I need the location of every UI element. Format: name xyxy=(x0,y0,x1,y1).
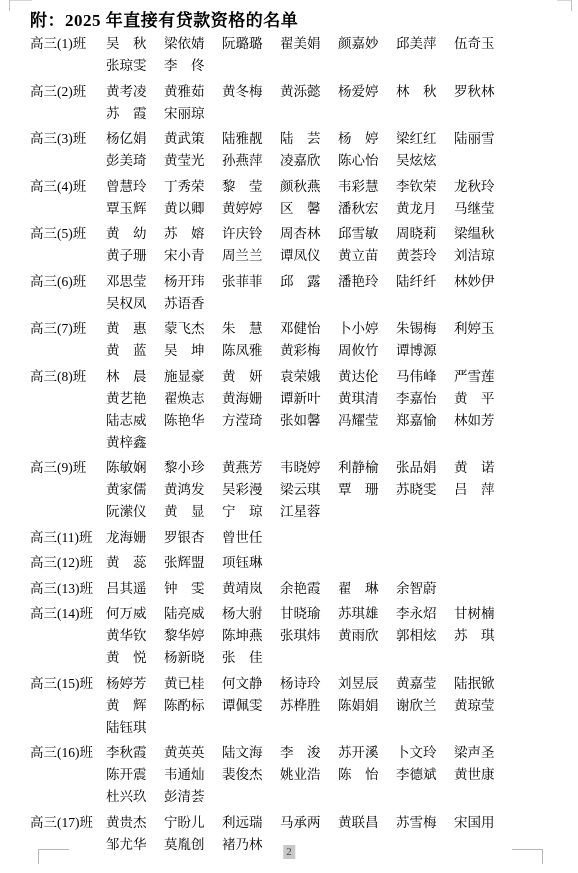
student-name: 韦彩慧 xyxy=(338,176,396,198)
student-name: 黎 莹 xyxy=(222,176,280,198)
student-name: 方滢琦 xyxy=(222,410,280,432)
student-name: 宁盼儿 xyxy=(164,812,222,834)
text-boundary-mark-top-right xyxy=(557,0,572,11)
student-name: 陈坤燕 xyxy=(222,625,280,647)
student-name: 黄家儒 xyxy=(106,479,164,501)
class-row: 高三(6)班邓思莹杨开玮张菲菲邱 露潘艳玲陆纤纤林妙伊吴权凤苏语香 xyxy=(30,271,550,315)
student-name: 杨婷芳 xyxy=(106,673,164,695)
student-name: 邹尤华 xyxy=(106,834,164,856)
student-name: 杨亿娟 xyxy=(106,128,164,150)
name-line: 苏 霞宋丽琼 xyxy=(106,103,550,125)
class-label: 高三(2)班 xyxy=(30,81,106,125)
student-name: 曾慧玲 xyxy=(106,176,164,198)
name-line: 彭美琦黄莹光孙燕萍凌嘉欣陈心怡吴炫炫 xyxy=(106,150,550,172)
student-name: 谭凤仪 xyxy=(280,245,338,267)
student-name: 黄彩梅 xyxy=(280,340,338,362)
student-name: 黄华钦 xyxy=(106,625,164,647)
name-line: 林 晨施显豪黄 妍袁荣娥黄达伦马伟峰严雪莲 xyxy=(106,366,550,388)
document-page: 附：2025 年直接有贷款资格的名单 高三(1)班吴 秋梁依婧阮璐璐翟美娟颜嘉妙… xyxy=(0,0,578,873)
name-line: 阮潆仪黄 显宁 琼江星蓉 xyxy=(106,501,550,523)
student-name: 黄海姗 xyxy=(222,388,280,410)
student-name: 刘昱辰 xyxy=(338,673,396,695)
name-line: 邹尤华莫胤创褚乃林 xyxy=(106,834,550,856)
student-name: 黄 惠 xyxy=(106,318,164,340)
student-name: 黄以卿 xyxy=(164,198,222,220)
name-line: 陆志威陈艳华方滢琦张如馨冯耀莹郑嘉愉林如芳 xyxy=(106,410,550,432)
student-name: 苏 琪 xyxy=(454,625,512,647)
student-name: 黄燕芳 xyxy=(222,457,280,479)
student-name: 张 佳 xyxy=(222,647,280,669)
student-name: 杜兴玖 xyxy=(106,786,164,808)
student-name: 黎小珍 xyxy=(164,457,222,479)
student-name: 何万威 xyxy=(106,603,164,625)
student-name: 黄嘉莹 xyxy=(396,673,454,695)
class-name-lines: 黄 幼苏 嫆许庆铃周杏林邱雪敏周晓莉梁缊秋黄子珊宋小青周兰兰谭凤仪黄立苗黄荟玲刘… xyxy=(106,223,550,267)
class-label: 高三(15)班 xyxy=(30,673,106,739)
class-name-lines: 邓思莹杨开玮张菲菲邱 露潘艳玲陆纤纤林妙伊吴权凤苏语香 xyxy=(106,271,550,315)
student-name: 江星蓉 xyxy=(280,501,338,523)
student-name: 谭博源 xyxy=(396,340,454,362)
class-row: 高三(8)班林 晨施显豪黄 妍袁荣娥黄达伦马伟峰严雪莲黄艺艳翟焕志黄海姗谭新叶黄… xyxy=(30,366,550,454)
student-name: 黄达伦 xyxy=(338,366,396,388)
student-name: 黄泺懿 xyxy=(280,81,338,103)
student-name: 曾世任 xyxy=(222,527,280,549)
student-name: 林妙伊 xyxy=(454,271,512,293)
class-label: 高三(1)班 xyxy=(30,33,106,77)
name-line: 陆钰琪 xyxy=(106,717,550,739)
class-name-lines: 何万威陆亮威杨大驸甘晓瑜苏琪雄李永炤甘树楠黄华钦黎华婷陈坤燕张琪炜黄雨欣郭相炫苏… xyxy=(106,603,550,669)
class-label: 高三(3)班 xyxy=(30,128,106,172)
student-name: 苏雪梅 xyxy=(396,812,454,834)
student-name: 周攸竹 xyxy=(338,340,396,362)
student-name: 利婷玉 xyxy=(454,318,512,340)
class-row: 高三(15)班杨婷芳黄已桂何文静杨诗玲刘昱辰黄嘉莹陆抿锨黄 辉陈酌标谭佩雯苏桦胜… xyxy=(30,673,550,739)
student-name: 陈艳华 xyxy=(164,410,222,432)
name-line: 黄华钦黎华婷陈坤燕张琪炜黄雨欣郭相炫苏 琪 xyxy=(106,625,550,647)
student-name: 何文静 xyxy=(222,673,280,695)
name-line: 黄子珊宋小青周兰兰谭凤仪黄立苗黄荟玲刘洁琼 xyxy=(106,245,550,267)
student-name: 翟美娟 xyxy=(280,33,338,55)
student-name: 黄 蓝 xyxy=(106,340,164,362)
student-name: 阮璐璐 xyxy=(222,33,280,55)
class-name-lines: 龙海姗罗银杏曾世任 xyxy=(106,527,550,549)
student-name: 区 馨 xyxy=(280,198,338,220)
student-name: 黄莹光 xyxy=(164,150,222,172)
name-line: 杜兴玖彭清荟 xyxy=(106,786,550,808)
student-name: 朱 慧 xyxy=(222,318,280,340)
student-name: 宁 琼 xyxy=(222,501,280,523)
student-name: 翟 琳 xyxy=(338,578,396,600)
class-row: 高三(12)班黄 蕊张辉盟项钰琳 xyxy=(30,552,550,574)
student-name: 黄 平 xyxy=(454,388,512,410)
name-line: 邓思莹杨开玮张菲菲邱 露潘艳玲陆纤纤林妙伊 xyxy=(106,271,550,293)
student-name: 龙海姗 xyxy=(106,527,164,549)
class-name-lines: 陈敏娴黎小珍黄燕芳韦晓婷利静榆张品娟黄 诺黄家儒黄鸿发吴彩漫梁云琪覃 珊苏晓雯吕… xyxy=(106,457,550,523)
student-name: 许庆铃 xyxy=(222,223,280,245)
student-name: 龙秋玲 xyxy=(454,176,512,198)
name-line: 黄 悦杨新晓张 佳 xyxy=(106,647,550,669)
student-name: 苏语香 xyxy=(164,293,222,315)
student-name: 苏桦胜 xyxy=(280,695,338,717)
student-name: 罗秋林 xyxy=(454,81,512,103)
student-name: 黄联昌 xyxy=(338,812,396,834)
student-name: 苏 嫆 xyxy=(164,223,222,245)
student-name: 马继莹 xyxy=(454,198,512,220)
student-name: 苏晓雯 xyxy=(396,479,454,501)
student-name: 陆纤纤 xyxy=(396,271,454,293)
class-row: 高三(13)班吕其遥钟 雯黄靖岚余艳霞翟 琳余智蔚 xyxy=(30,578,550,600)
student-name: 黄 悦 xyxy=(106,647,164,669)
student-name: 张品娟 xyxy=(396,457,454,479)
name-line: 李秋霞黄英英陆文海李 浚苏开溪卜文玲梁声圣 xyxy=(106,742,550,764)
student-name: 裴俊杰 xyxy=(222,764,280,786)
name-line: 龙海姗罗银杏曾世任 xyxy=(106,527,550,549)
page-number: 2 xyxy=(283,845,295,859)
student-name: 彭美琦 xyxy=(106,150,164,172)
student-name: 吴权凤 xyxy=(106,293,164,315)
student-name: 吴彩漫 xyxy=(222,479,280,501)
student-name: 黄鸿发 xyxy=(164,479,222,501)
student-name: 吕 萍 xyxy=(454,479,512,501)
class-label: 高三(8)班 xyxy=(30,366,106,454)
name-line: 陈开震韦通灿裴俊杰姚业浩陈 怡李德斌黄世康 xyxy=(106,764,550,786)
student-name: 彭清荟 xyxy=(164,786,222,808)
student-name: 梁依婧 xyxy=(164,33,222,55)
student-name: 黄 幼 xyxy=(106,223,164,245)
student-name: 谭新叶 xyxy=(280,388,338,410)
student-name: 颜嘉妙 xyxy=(338,33,396,55)
student-name: 颜秋燕 xyxy=(280,176,338,198)
text-boundary-mark-top-left xyxy=(9,0,32,11)
student-name: 杨新晓 xyxy=(164,647,222,669)
student-name: 李德斌 xyxy=(396,764,454,786)
student-name: 黄 显 xyxy=(164,501,222,523)
student-name: 郑嘉愉 xyxy=(396,410,454,432)
student-name: 李 佟 xyxy=(164,55,222,77)
student-name: 罗银杏 xyxy=(164,527,222,549)
student-name: 邱雪敏 xyxy=(338,223,396,245)
name-line: 吴 秋梁依婧阮璐璐翟美娟颜嘉妙邱美萍伍奇玉 xyxy=(106,33,550,55)
student-name: 利远瑞 xyxy=(222,812,280,834)
student-name: 黄 辉 xyxy=(106,695,164,717)
class-name-lines: 林 晨施显豪黄 妍袁荣娥黄达伦马伟峰严雪莲黄艺艳翟焕志黄海姗谭新叶黄琪清李嘉怡黄… xyxy=(106,366,550,454)
student-name: 吴 秋 xyxy=(106,33,164,55)
student-name: 黎华婷 xyxy=(164,625,222,647)
name-line: 黄 蓝吴 坤陈凤雅黄彩梅周攸竹谭博源 xyxy=(106,340,550,362)
student-name: 黄荟玲 xyxy=(396,245,454,267)
class-row: 高三(16)班李秋霞黄英英陆文海李 浚苏开溪卜文玲梁声圣陈开震韦通灿裴俊杰姚业浩… xyxy=(30,742,550,808)
student-name: 卜小婷 xyxy=(338,318,396,340)
class-row: 高三(14)班何万威陆亮威杨大驸甘晓瑜苏琪雄李永炤甘树楠黄华钦黎华婷陈坤燕张琪炜… xyxy=(30,603,550,669)
student-name: 李钦荣 xyxy=(396,176,454,198)
student-name: 黄 诺 xyxy=(454,457,512,479)
student-name: 杨诗玲 xyxy=(280,673,338,695)
class-name-lines: 杨亿娟黄武策陆雅靓陆 芸杨 婷梁红红陆丽雪彭美琦黄莹光孙燕萍凌嘉欣陈心怡吴炫炫 xyxy=(106,128,550,172)
student-name: 邓健怡 xyxy=(280,318,338,340)
student-name: 黄婷婷 xyxy=(222,198,280,220)
class-row: 高三(4)班曾慧玲丁秀荣黎 莹颜秋燕韦彩慧李钦荣龙秋玲覃玉辉黄以卿黄婷婷区 馨潘… xyxy=(30,176,550,220)
name-line: 杨婷芳黄已桂何文静杨诗玲刘昱辰黄嘉莹陆抿锨 xyxy=(106,673,550,695)
student-name: 张如馨 xyxy=(280,410,338,432)
student-name: 梁声圣 xyxy=(454,742,512,764)
student-name: 马承两 xyxy=(280,812,338,834)
student-name: 周兰兰 xyxy=(222,245,280,267)
student-name: 陆文海 xyxy=(222,742,280,764)
student-name: 李永炤 xyxy=(396,603,454,625)
class-row: 高三(5)班黄 幼苏 嫆许庆铃周杏林邱雪敏周晓莉梁缊秋黄子珊宋小青周兰兰谭凤仪黄… xyxy=(30,223,550,267)
student-name: 张琼雯 xyxy=(106,55,164,77)
student-name: 凌嘉欣 xyxy=(280,150,338,172)
student-name: 蒙飞杰 xyxy=(164,318,222,340)
student-name: 甘晓瑜 xyxy=(280,603,338,625)
student-name: 陈心怡 xyxy=(338,150,396,172)
name-line: 黄 惠蒙飞杰朱 慧邓健怡卜小婷朱锡梅利婷玉 xyxy=(106,318,550,340)
student-name: 吴炫炫 xyxy=(396,150,454,172)
class-label: 高三(7)班 xyxy=(30,318,106,362)
student-name: 杨爱婷 xyxy=(338,81,396,103)
student-name: 陈敏娴 xyxy=(106,457,164,479)
student-name: 郭相炫 xyxy=(396,625,454,647)
student-name: 余智蔚 xyxy=(396,578,454,600)
student-name: 黄琼莹 xyxy=(454,695,512,717)
student-name: 覃玉辉 xyxy=(106,198,164,220)
student-name: 邱美萍 xyxy=(396,33,454,55)
student-name: 陆丽雪 xyxy=(454,128,512,150)
class-row: 高三(3)班杨亿娟黄武策陆雅靓陆 芸杨 婷梁红红陆丽雪彭美琦黄莹光孙燕萍凌嘉欣陈… xyxy=(30,128,550,172)
name-line: 黄梓鑫 xyxy=(106,432,550,454)
class-row: 高三(1)班吴 秋梁依婧阮璐璐翟美娟颜嘉妙邱美萍伍奇玉张琼雯李 佟 xyxy=(30,33,550,77)
name-line: 曾慧玲丁秀荣黎 莹颜秋燕韦彩慧李钦荣龙秋玲 xyxy=(106,176,550,198)
student-name: 韦晓婷 xyxy=(280,457,338,479)
student-name: 卜文玲 xyxy=(396,742,454,764)
class-label: 高三(13)班 xyxy=(30,578,106,600)
name-line: 陈敏娴黎小珍黄燕芳韦晓婷利静榆张品娟黄 诺 xyxy=(106,457,550,479)
class-name-lines: 杨婷芳黄已桂何文静杨诗玲刘昱辰黄嘉莹陆抿锨黄 辉陈酌标谭佩雯苏桦胜陈娟娟谢欣兰黄… xyxy=(106,673,550,739)
student-name: 黄琪清 xyxy=(338,388,396,410)
name-line: 吴权凤苏语香 xyxy=(106,293,550,315)
student-name: 邱 露 xyxy=(280,271,338,293)
student-name: 林如芳 xyxy=(454,410,512,432)
student-name: 甘树楠 xyxy=(454,603,512,625)
student-name: 孙燕萍 xyxy=(222,150,280,172)
student-name: 潘秋宏 xyxy=(338,198,396,220)
name-line: 覃玉辉黄以卿黄婷婷区 馨潘秋宏黄龙月马继莹 xyxy=(106,198,550,220)
student-name: 严雪莲 xyxy=(454,366,512,388)
class-label: 高三(16)班 xyxy=(30,742,106,808)
name-line: 张琼雯李 佟 xyxy=(106,55,550,77)
student-name: 苏琪雄 xyxy=(338,603,396,625)
name-line: 吕其遥钟 雯黄靖岚余艳霞翟 琳余智蔚 xyxy=(106,578,550,600)
student-name: 黄已桂 xyxy=(164,673,222,695)
student-name: 翟焕志 xyxy=(164,388,222,410)
name-line: 杨亿娟黄武策陆雅靓陆 芸杨 婷梁红红陆丽雪 xyxy=(106,128,550,150)
student-name: 利静榆 xyxy=(338,457,396,479)
student-name: 黄英英 xyxy=(164,742,222,764)
student-name: 陆 芸 xyxy=(280,128,338,150)
student-name: 黄靖岚 xyxy=(222,578,280,600)
student-name: 马伟峰 xyxy=(396,366,454,388)
name-line: 黄家儒黄鸿发吴彩漫梁云琪覃 珊苏晓雯吕 萍 xyxy=(106,479,550,501)
student-name: 黄考凌 xyxy=(106,81,164,103)
name-line: 黄 幼苏 嫆许庆铃周杏林邱雪敏周晓莉梁缊秋 xyxy=(106,223,550,245)
student-name: 莫胤创 xyxy=(164,834,222,856)
student-name: 姚业浩 xyxy=(280,764,338,786)
student-name: 袁荣娥 xyxy=(280,366,338,388)
student-name: 冯耀莹 xyxy=(338,410,396,432)
student-name: 苏开溪 xyxy=(338,742,396,764)
student-name: 黄艺艳 xyxy=(106,388,164,410)
class-label: 高三(4)班 xyxy=(30,176,106,220)
student-name: 黄 蕊 xyxy=(106,552,164,574)
student-name: 潘艳玲 xyxy=(338,271,396,293)
student-name: 陆志威 xyxy=(106,410,164,432)
student-name: 梁红红 xyxy=(396,128,454,150)
student-name: 黄冬梅 xyxy=(222,81,280,103)
student-name: 宋小青 xyxy=(164,245,222,267)
student-name: 黄 妍 xyxy=(222,366,280,388)
class-name-lines: 黄贵杰宁盼儿利远瑞马承两黄联昌苏雪梅宋国用邹尤华莫胤创褚乃林 xyxy=(106,812,550,856)
student-name: 邓思莹 xyxy=(106,271,164,293)
roster: 高三(1)班吴 秋梁依婧阮璐璐翟美娟颜嘉妙邱美萍伍奇玉张琼雯李 佟高三(2)班黄… xyxy=(30,33,550,859)
student-name: 杨大驸 xyxy=(222,603,280,625)
student-name: 项钰琳 xyxy=(222,552,280,574)
class-row: 高三(11)班龙海姗罗银杏曾世任 xyxy=(30,527,550,549)
student-name: 黄贵杰 xyxy=(106,812,164,834)
student-name: 陆亮威 xyxy=(164,603,222,625)
class-row: 高三(9)班陈敏娴黎小珍黄燕芳韦晓婷利静榆张品娟黄 诺黄家儒黄鸿发吴彩漫梁云琪覃… xyxy=(30,457,550,523)
student-name: 李 浚 xyxy=(280,742,338,764)
student-name: 周杏林 xyxy=(280,223,338,245)
name-line: 黄 蕊张辉盟项钰琳 xyxy=(106,552,550,574)
class-name-lines: 黄 惠蒙飞杰朱 慧邓健怡卜小婷朱锡梅利婷玉黄 蓝吴 坤陈凤雅黄彩梅周攸竹谭博源 xyxy=(106,318,550,362)
student-name: 陈娟娟 xyxy=(338,695,396,717)
student-name: 阮潆仪 xyxy=(106,501,164,523)
class-label: 高三(17)班 xyxy=(30,812,106,856)
student-name: 林 晨 xyxy=(106,366,164,388)
student-name: 吴 坤 xyxy=(164,340,222,362)
name-line: 黄贵杰宁盼儿利远瑞马承两黄联昌苏雪梅宋国用 xyxy=(106,812,550,834)
student-name: 黄龙月 xyxy=(396,198,454,220)
name-line: 黄 辉陈酌标谭佩雯苏桦胜陈娟娟谢欣兰黄琼莹 xyxy=(106,695,550,717)
student-name: 黄子珊 xyxy=(106,245,164,267)
student-name: 陆雅靓 xyxy=(222,128,280,150)
class-label: 高三(9)班 xyxy=(30,457,106,523)
student-name: 陆抿锨 xyxy=(454,673,512,695)
student-name: 黄雨欣 xyxy=(338,625,396,647)
student-name: 张琪炜 xyxy=(280,625,338,647)
student-name: 宋国用 xyxy=(454,812,512,834)
student-name: 苏 霞 xyxy=(106,103,164,125)
student-name: 陈酌标 xyxy=(164,695,222,717)
class-name-lines: 曾慧玲丁秀荣黎 莹颜秋燕韦彩慧李钦荣龙秋玲覃玉辉黄以卿黄婷婷区 馨潘秋宏黄龙月马… xyxy=(106,176,550,220)
student-name: 褚乃林 xyxy=(222,834,280,856)
student-name: 梁云琪 xyxy=(280,479,338,501)
student-name: 余艳霞 xyxy=(280,578,338,600)
student-name: 陆钰琪 xyxy=(106,717,164,739)
student-name: 陈凤雅 xyxy=(222,340,280,362)
student-name: 李秋霞 xyxy=(106,742,164,764)
student-name: 朱锡梅 xyxy=(396,318,454,340)
class-name-lines: 李秋霞黄英英陆文海李 浚苏开溪卜文玲梁声圣陈开震韦通灿裴俊杰姚业浩陈 怡李德斌黄… xyxy=(106,742,550,808)
class-name-lines: 黄 蕊张辉盟项钰琳 xyxy=(106,552,550,574)
student-name: 伍奇玉 xyxy=(454,33,512,55)
class-name-lines: 吴 秋梁依婧阮璐璐翟美娟颜嘉妙邱美萍伍奇玉张琼雯李 佟 xyxy=(106,33,550,77)
student-name: 周晓莉 xyxy=(396,223,454,245)
student-name: 黄世康 xyxy=(454,764,512,786)
student-name: 杨 婷 xyxy=(338,128,396,150)
name-line: 黄艺艳翟焕志黄海姗谭新叶黄琪清李嘉怡黄 平 xyxy=(106,388,550,410)
student-name: 丁秀荣 xyxy=(164,176,222,198)
class-name-lines: 吕其遥钟 雯黄靖岚余艳霞翟 琳余智蔚 xyxy=(106,578,550,600)
student-name: 黄梓鑫 xyxy=(106,432,164,454)
student-name: 张辉盟 xyxy=(164,552,222,574)
student-name: 覃 珊 xyxy=(338,479,396,501)
class-label: 高三(5)班 xyxy=(30,223,106,267)
student-name: 黄立苗 xyxy=(338,245,396,267)
class-label: 高三(14)班 xyxy=(30,603,106,669)
class-row: 高三(2)班黄考凌黄雅茹黄冬梅黄泺懿杨爱婷林 秋罗秋林苏 霞宋丽琼 xyxy=(30,81,550,125)
name-line: 黄考凌黄雅茹黄冬梅黄泺懿杨爱婷林 秋罗秋林 xyxy=(106,81,550,103)
class-label: 高三(6)班 xyxy=(30,271,106,315)
student-name: 黄武策 xyxy=(164,128,222,150)
student-name: 陈开震 xyxy=(106,764,164,786)
student-name: 谭佩雯 xyxy=(222,695,280,717)
student-name: 张菲菲 xyxy=(222,271,280,293)
student-name: 杨开玮 xyxy=(164,271,222,293)
student-name: 黄雅茹 xyxy=(164,81,222,103)
class-label: 高三(11)班 xyxy=(30,527,106,549)
class-label: 高三(12)班 xyxy=(30,552,106,574)
page-title: 附：2025 年直接有贷款资格的名单 xyxy=(30,6,298,31)
student-name: 陈 怡 xyxy=(338,764,396,786)
student-name: 谢欣兰 xyxy=(396,695,454,717)
student-name: 刘洁琼 xyxy=(454,245,512,267)
class-row: 高三(7)班黄 惠蒙飞杰朱 慧邓健怡卜小婷朱锡梅利婷玉黄 蓝吴 坤陈凤雅黄彩梅周… xyxy=(30,318,550,362)
student-name: 钟 雯 xyxy=(164,578,222,600)
student-name: 吕其遥 xyxy=(106,578,164,600)
class-name-lines: 黄考凌黄雅茹黄冬梅黄泺懿杨爱婷林 秋罗秋林苏 霞宋丽琼 xyxy=(106,81,550,125)
name-line: 何万威陆亮威杨大驸甘晓瑜苏琪雄李永炤甘树楠 xyxy=(106,603,550,625)
student-name: 宋丽琼 xyxy=(164,103,222,125)
student-name: 林 秋 xyxy=(396,81,454,103)
student-name: 李嘉怡 xyxy=(396,388,454,410)
student-name: 梁缊秋 xyxy=(454,223,512,245)
student-name: 施显豪 xyxy=(164,366,222,388)
student-name: 韦通灿 xyxy=(164,764,222,786)
